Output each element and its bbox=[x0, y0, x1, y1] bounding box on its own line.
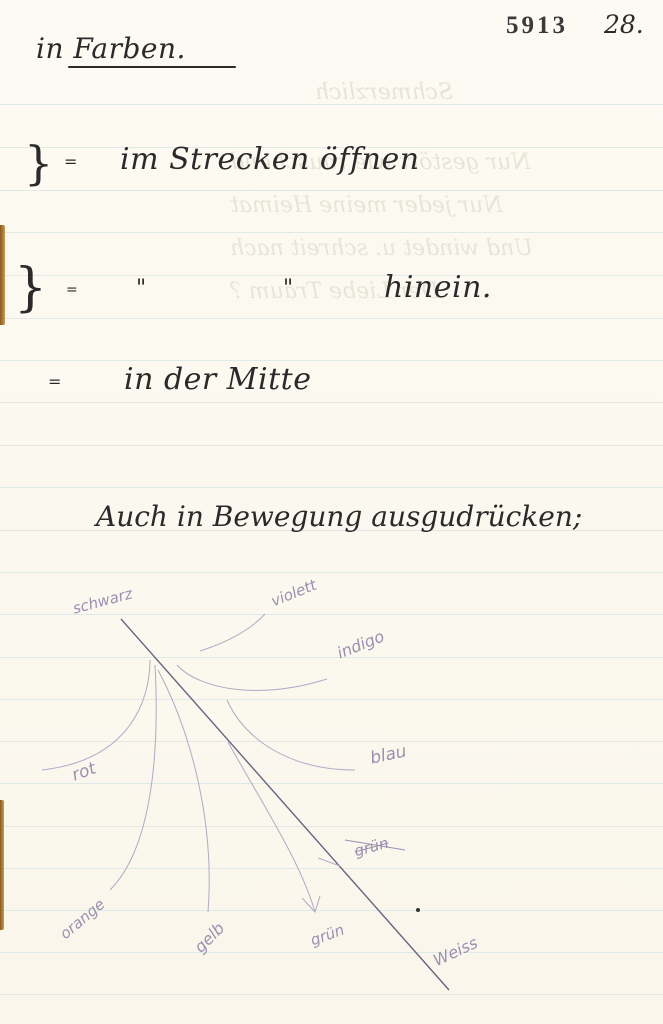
violett-line bbox=[200, 614, 265, 651]
ink-dot bbox=[416, 908, 420, 912]
main-diagonal-line bbox=[121, 619, 449, 990]
gelb-line bbox=[158, 670, 209, 912]
notebook-page: Schmerzlich Nur gestört wie rauschend Nu… bbox=[0, 0, 663, 1024]
orange-line bbox=[110, 665, 156, 890]
gruen-line bbox=[228, 742, 315, 912]
indigo-line bbox=[177, 665, 327, 690]
color-diagram bbox=[0, 0, 663, 1024]
rot-line bbox=[42, 660, 150, 770]
blau-line bbox=[227, 700, 355, 770]
